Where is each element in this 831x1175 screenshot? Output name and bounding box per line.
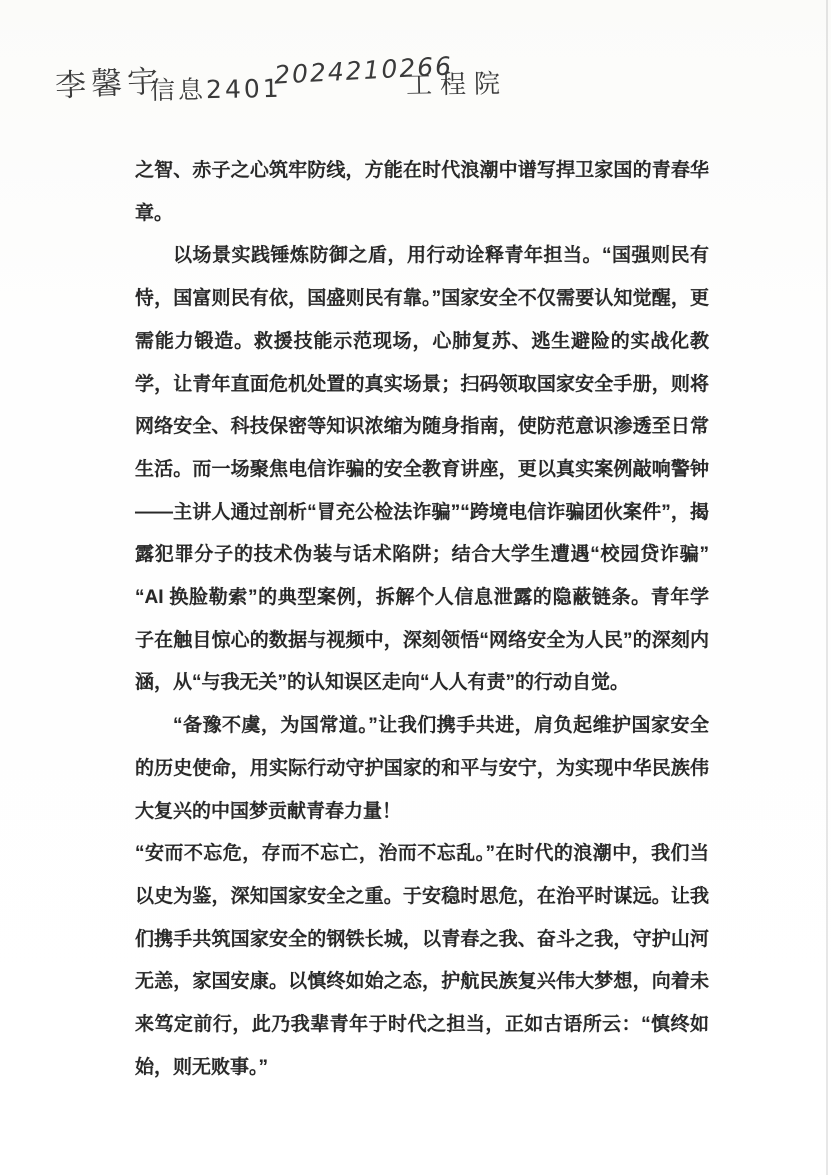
handwritten-class-label: 信息2401: [150, 69, 282, 107]
essay-paragraph: 以场景实践锤炼防御之盾，用行动诠释青年担当。“国强则民有恃，国富则民有依，国盛则…: [135, 235, 709, 705]
scanned-essay-page: 李馨宇 信息2401 2024210266 工程院 之智、赤子之心筑牢防线，方能…: [0, 0, 831, 1175]
essay-body: 之智、赤子之心筑牢防线，方能在时代浪潮中谱写捍卫家国的青春华章。以场景实践锤炼防…: [135, 150, 709, 1089]
essay-paragraph: “安而不忘危，存而不忘亡，治而不忘乱。”在时代的浪潮中，我们当以史为鉴，深知国家…: [135, 833, 709, 1089]
essay-paragraph: “备豫不虞，为国常道。”让我们携手共进，肩负起维护国家安全的历史使命，用实际行动…: [135, 705, 709, 833]
handwritten-college-name: 工程院: [406, 63, 509, 102]
essay-paragraph: 之智、赤子之心筑牢防线，方能在时代浪潮中谱写捍卫家国的青春华章。: [135, 150, 709, 235]
handwritten-student-name: 李馨宇: [54, 56, 164, 106]
page-scan-edge: [826, 0, 828, 1175]
